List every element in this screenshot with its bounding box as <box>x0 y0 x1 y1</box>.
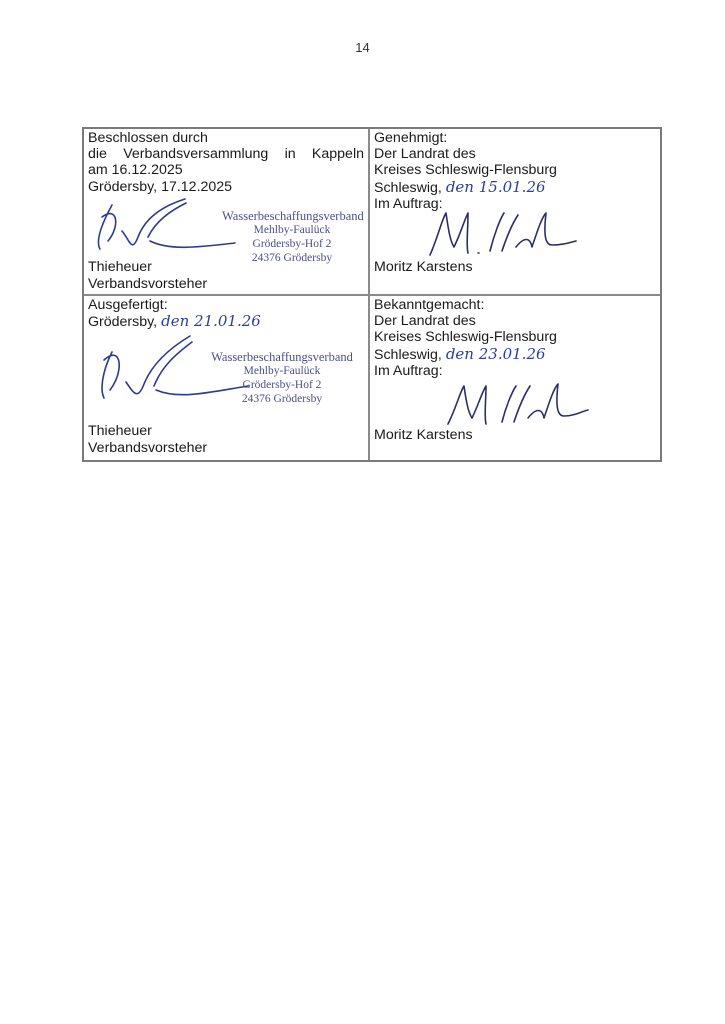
handwritten-date: den 23.01.26 <box>446 345 546 363</box>
handwritten-date: den 21.01.26 <box>161 312 261 330</box>
handwritten-date: den 15.01.26 <box>446 178 546 196</box>
published-place-date: Schleswig,den 23.01.26 <box>374 346 656 363</box>
association-stamp: Wasserbeschaffungsverband Mehlby-Faulück… <box>202 350 362 406</box>
signature-karstens <box>440 380 590 430</box>
cell-published: Bekanntgemacht: Der Landrat des Kreises … <box>370 296 660 460</box>
executed-place-date: Grödersby,den 21.01.26 <box>88 313 364 330</box>
resolved-assembly: die Verbandsversammlung in Kappeln <box>88 146 364 162</box>
cell-executed: Ausgefertigt: Grödersby,den 21.01.26 Was… <box>84 296 370 460</box>
resolved-heading: Beschlossen durch <box>88 130 364 146</box>
published-district: Kreises Schleswig-Flensburg <box>374 329 656 345</box>
signature-table: Beschlossen durch die Verbandsversammlun… <box>82 127 662 462</box>
signer-name: Thieheuer <box>88 259 152 275</box>
signature-thieheuer <box>90 197 240 257</box>
signature-karstens <box>420 207 580 262</box>
approved-place-date: Schleswig,den 15.01.26 <box>374 179 656 196</box>
cell-resolved: Beschlossen durch die Verbandsversammlun… <box>84 129 370 296</box>
signer-title: Verbandsvorsteher <box>88 440 207 456</box>
signer-name: Thieheuer <box>88 423 152 439</box>
signer-title: Verbandsvorsteher <box>88 276 207 292</box>
association-stamp: Wasserbeschaffungsverband Mehlby-Faulück… <box>222 209 362 265</box>
published-heading: Bekanntgemacht: <box>374 297 656 313</box>
signer-name: Moritz Karstens <box>374 427 473 443</box>
resolved-date: am 16.12.2025 <box>88 162 364 178</box>
signer-name: Moritz Karstens <box>374 259 473 275</box>
approved-heading: Genehmigt: <box>374 130 656 146</box>
resolved-place-date: Grödersby, 17.12.2025 <box>88 179 364 195</box>
approved-authority: Der Landrat des <box>374 146 656 162</box>
by-order-label: Im Auftrag: <box>374 363 656 379</box>
page-number: 14 <box>0 40 725 55</box>
published-authority: Der Landrat des <box>374 313 656 329</box>
cell-approved: Genehmigt: Der Landrat des Kreises Schle… <box>370 129 660 296</box>
executed-heading: Ausgefertigt: <box>88 297 364 313</box>
approved-district: Kreises Schleswig-Flensburg <box>374 162 656 178</box>
